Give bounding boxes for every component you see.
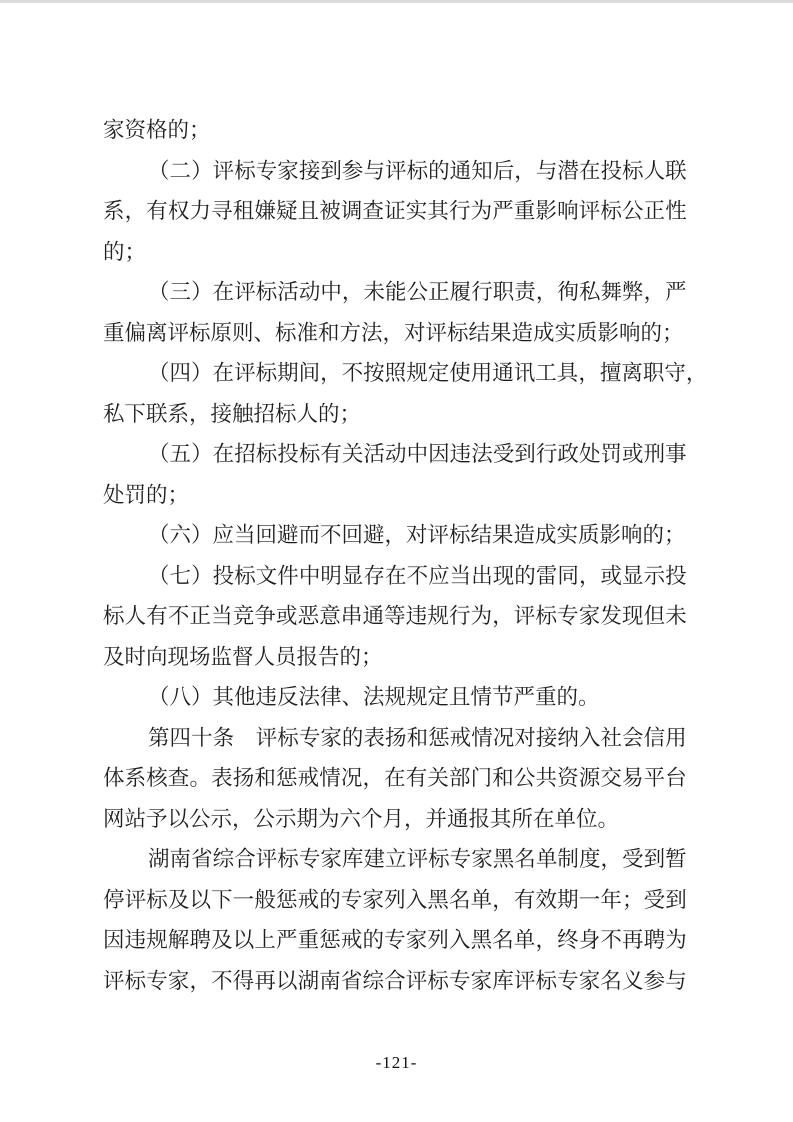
text-line: 第四十条 评标专家的表扬和惩戒情况对接纳入社会信用 — [103, 718, 687, 759]
text-line: 及时向现场监督人员报告的； — [103, 637, 687, 678]
text-line: 评标专家，不得再以湖南省综合评标专家库评标专家名义参与 — [103, 961, 687, 1002]
text-line: 网站予以公示，公示期为六个月，并通报其所在单位。 — [103, 799, 687, 840]
text-line: （五）在招标投标有关活动中因违法受到行政处罚或刑事 — [103, 434, 687, 475]
scan-edge-artifact — [0, 0, 793, 3]
text-line: 重偏离评标原则、标准和方法，对评标结果造成实质影响的； — [103, 313, 687, 354]
document-page: 家资格的；（二）评标专家接到参与评标的通知后，与潜在投标人联系，有权力寻租嫌疑且… — [0, 0, 793, 1122]
text-line: 系，有权力寻租嫌疑且被调查证实其行为严重影响评标公正性 — [103, 191, 687, 232]
text-line: （八）其他违反法律、法规规定且情节严重的。 — [103, 677, 687, 718]
text-line: （三）在评标活动中，未能公正履行职责，徇私舞弊，严 — [103, 272, 687, 313]
text-line: （六）应当回避而不回避，对评标结果造成实质影响的； — [103, 515, 687, 556]
document-body: 家资格的；（二）评标专家接到参与评标的通知后，与潜在投标人联系，有权力寻租嫌疑且… — [103, 110, 687, 1001]
text-line: 私下联系，接触招标人的； — [103, 394, 687, 435]
text-line: 的； — [103, 232, 687, 273]
text-line: 湖南省综合评标专家库建立评标专家黑名单制度，受到暂 — [103, 839, 687, 880]
text-line: 体系核查。表扬和惩戒情况，在有关部门和公共资源交易平台 — [103, 758, 687, 799]
page-footer: -121- — [0, 1051, 793, 1075]
text-line: （二）评标专家接到参与评标的通知后，与潜在投标人联 — [103, 151, 687, 192]
text-line: 因违规解聘及以上严重惩戒的专家列入黑名单，终身不再聘为 — [103, 920, 687, 961]
text-line: （四）在评标期间，不按照规定使用通讯工具，擅离职守， — [103, 353, 687, 394]
text-line: 处罚的； — [103, 475, 687, 516]
text-line: 停评标及以下一般惩戒的专家列入黑名单，有效期一年；受到 — [103, 880, 687, 921]
text-line: （七）投标文件中明显存在不应当出现的雷同，或显示投 — [103, 556, 687, 597]
text-line: 家资格的； — [103, 110, 687, 151]
text-line: 标人有不正当竞争或恶意串通等违规行为，评标专家发现但未 — [103, 596, 687, 637]
page-number: -121- — [376, 1053, 418, 1072]
